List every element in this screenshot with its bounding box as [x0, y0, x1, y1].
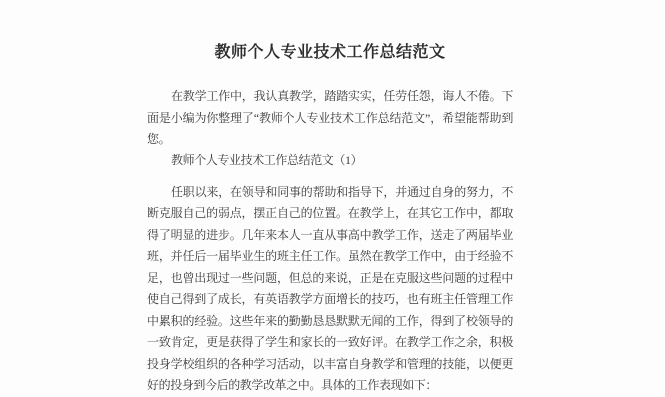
section-heading: 教师个人专业技术工作总结范文（1）	[147, 150, 513, 172]
body-paragraph: 任职以来，在领导和同事的帮助和指导下，并通过自身的努力，不断克服自己的弱点，摆正…	[147, 182, 513, 397]
intro-paragraph: 在教学工作中，我认真教学，踏踏实实，任劳任怨，诲人不倦。下面是小编为你整理了“教…	[147, 86, 513, 151]
document-page: 教师个人专业技术工作总结范文 在教学工作中，我认真教学，踏踏实实，任劳任怨，诲人…	[0, 0, 665, 397]
page-title: 教师个人专业技术工作总结范文	[147, 42, 513, 64]
